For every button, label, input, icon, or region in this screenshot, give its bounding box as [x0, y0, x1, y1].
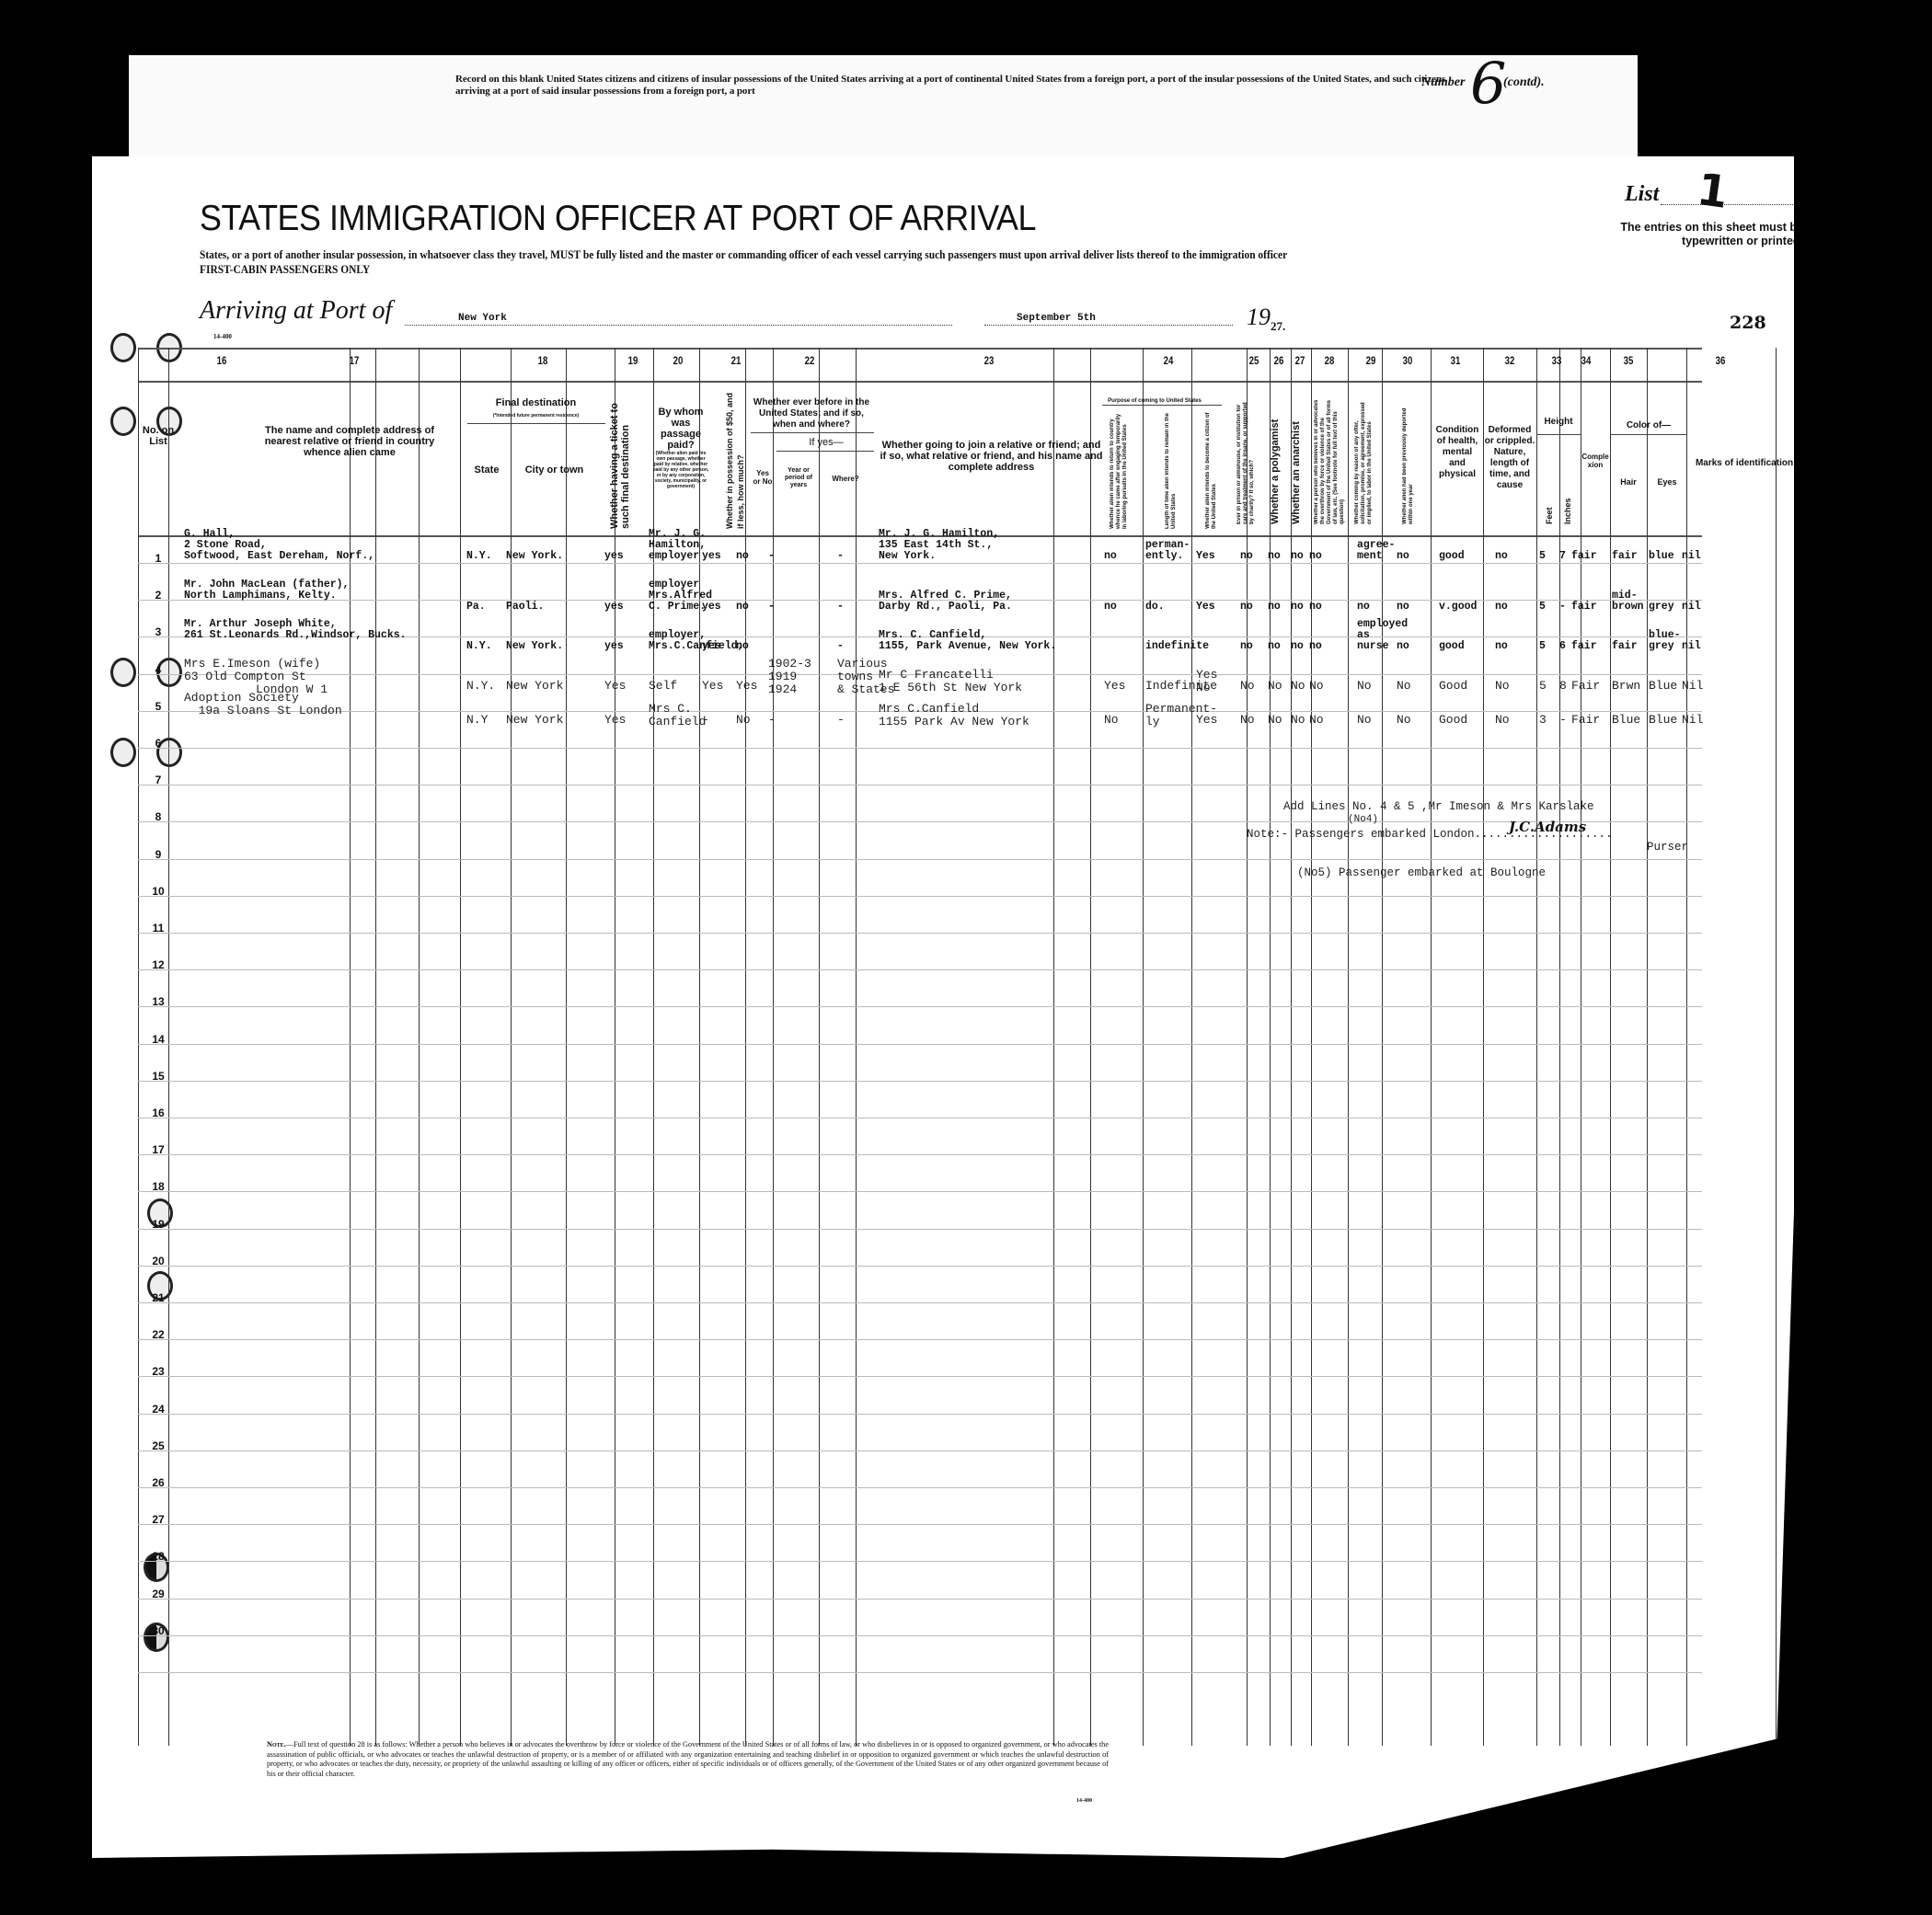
header-possession-50: Whether in possession of $50, and if les… [724, 391, 746, 529]
header-before-in-us: Whether ever before in the United States… [753, 397, 870, 430]
cell-before: no [736, 551, 749, 562]
back-sheet: Record on this blank United States citiz… [129, 55, 1638, 166]
edge-shadow [0, 1283, 15, 1311]
col-num-35: 35 [1617, 354, 1639, 367]
col-num-30: 30 [1397, 354, 1419, 367]
row-number: 22 [144, 1328, 172, 1341]
cell-has50: yes [702, 551, 721, 562]
cell-eyes: Blue [1649, 714, 1677, 727]
row-rule [138, 1487, 1702, 1488]
row-rule [138, 1006, 1702, 1007]
row-rule [138, 1191, 1702, 1192]
cell-joining: Mr C Francatelli 1 E 56th St New York [879, 669, 1022, 694]
row-rule [138, 859, 1702, 860]
column-rule [1610, 348, 1611, 1746]
column-rule [819, 348, 820, 1746]
cell-return: no [1104, 551, 1117, 562]
header-question-28: Whether a person who believes in or advo… [1314, 396, 1347, 524]
cell-deported: no [1397, 551, 1409, 562]
row-number: 29 [144, 1588, 172, 1600]
row-number: 6 [144, 737, 172, 750]
row-number: 23 [144, 1365, 172, 1378]
header-citizen: Whether alien intends to become a citize… [1205, 409, 1218, 529]
header-city: City or town [506, 464, 603, 476]
cell-feet: 5 [1539, 602, 1546, 613]
cell-where: - [837, 714, 845, 727]
row-number: 4 [144, 663, 172, 676]
cell-complexion: fair [1571, 641, 1597, 652]
row-number: 21 [144, 1291, 172, 1304]
col-num-28: 28 [1318, 354, 1340, 367]
cell-paid-by: Self [649, 680, 677, 693]
cell-complexion: fair [1571, 551, 1597, 562]
row-rule [138, 1339, 1702, 1340]
cell-where: - [837, 602, 844, 613]
cell-marks: Nil [1682, 680, 1703, 693]
cell-health: Good [1439, 714, 1467, 727]
cell-length: indefinite [1145, 641, 1209, 652]
row-rule [138, 1524, 1702, 1525]
cell-state: N.Y. [466, 551, 492, 562]
cell-state: N.Y. [466, 641, 492, 652]
cell-relative: Mr. John MacLean (father), North Lamphim… [184, 579, 349, 602]
cell-inches: - [1559, 714, 1567, 727]
cell-joining: Mrs C.Canfield 1155 Park Av New York [879, 703, 1029, 728]
row-number: 2 [144, 589, 172, 602]
cell-prison: No [1240, 680, 1255, 693]
cell-deformed: no [1495, 641, 1508, 652]
cell-length: do. [1145, 602, 1165, 613]
column-rule [1536, 348, 1537, 1746]
year-value: 1927. [1247, 304, 1285, 334]
row-number: 9 [144, 848, 172, 861]
add-lines-note: Add Lines No. 4 & 5 ,Mr Imeson & Mrs Kar… [1283, 800, 1594, 813]
cell-paid-by: Mr. J. G. Hamilton, employer [649, 529, 706, 562]
row-rule [138, 1044, 1702, 1045]
column-rule [138, 348, 139, 1746]
col-num-36: 36 [1709, 354, 1731, 367]
cell-complexion: Fair [1571, 714, 1600, 727]
manifest-sheet: STATES IMMIGRATION OFFICER AT PORT OF AR… [92, 156, 1794, 1858]
header-complexion: Complexion [1581, 453, 1610, 469]
cell-hair: Brwn [1612, 680, 1640, 693]
row-rule [138, 563, 1702, 564]
row-number: 13 [144, 995, 172, 1008]
col-num-19: 19 [622, 354, 644, 367]
header-anarchist: Whether an anarchist [1291, 405, 1302, 524]
cell-ticket: yes [604, 641, 624, 652]
cell-citizen: Yes No [1196, 669, 1217, 694]
cell-feet: 3 [1539, 714, 1547, 727]
row-rule [138, 1451, 1702, 1451]
cell-deformed: No [1495, 714, 1510, 727]
cell-marks: Nil [1682, 714, 1703, 727]
date-value: September 5th [1017, 313, 1096, 324]
footnote-question-28: Note.—Full text of question 28 is as fol… [267, 1740, 1109, 1779]
row-number: 20 [144, 1255, 172, 1267]
cell-offer: no [1357, 602, 1370, 613]
row-number: 25 [144, 1439, 172, 1452]
record-instructions: Record on this blank United States citiz… [455, 74, 1467, 97]
row-rule [138, 1266, 1702, 1267]
cell-has50: - [702, 714, 709, 727]
col-num-16: 16 [211, 354, 233, 367]
edge-shadow [0, 1619, 15, 1646]
cell-complexion: Fair [1571, 680, 1600, 693]
row-rule [138, 1414, 1702, 1415]
cell-eyes: Blue [1649, 680, 1677, 693]
cell-paid-by: employer, Mrs.C.Canfield, [649, 630, 744, 652]
cell-hair: fair [1612, 551, 1638, 562]
cell-deported: no [1397, 602, 1409, 613]
cell-state: N.Y. [466, 680, 495, 693]
cell-city: Paoli. [506, 602, 544, 613]
header-return: Whether alien intends to return to count… [1110, 409, 1130, 529]
cell-deformed: No [1495, 680, 1510, 693]
cell-polyg: no [1268, 641, 1281, 652]
cell-joining: Mrs. Alfred C. Prime, Darby Rd., Paoli, … [879, 591, 1012, 613]
col-num-18: 18 [532, 354, 554, 367]
cell-state: N.Y [466, 714, 488, 727]
port-field-line [405, 325, 952, 326]
cell-year: - [768, 602, 775, 613]
cell-return: No [1104, 714, 1119, 727]
cell-deported: No [1397, 680, 1411, 693]
cell-health: good [1439, 641, 1465, 652]
row-number: 28 [144, 1550, 172, 1563]
list-label: List [1625, 182, 1659, 207]
row-rule [138, 1081, 1702, 1082]
cell-anarch: No [1291, 714, 1305, 727]
cell-anarch: no [1291, 602, 1304, 613]
header-final-destination-note: (*Intended future permanent residence) [469, 410, 603, 421]
header-deported: Whether alien had been previously deport… [1402, 396, 1415, 524]
header-height: Height [1538, 417, 1579, 428]
header-ticket: Whether having a ticket to such final de… [609, 391, 631, 529]
header-inches: Inches [1562, 478, 1573, 524]
header-deformed: Deformed or crippled. Nature, length of … [1483, 425, 1536, 491]
column-rule [1348, 348, 1349, 1746]
cell-marks: nil [1682, 641, 1701, 652]
row-number: 19 [144, 1218, 172, 1231]
cell-offer: No [1357, 714, 1372, 727]
row-rule [138, 748, 1702, 749]
cell-c28: No [1309, 714, 1324, 727]
cell-city: New York [506, 714, 563, 727]
header-state: State [469, 464, 504, 476]
header-year: Year or period of years [780, 467, 817, 489]
cell-deported: No [1397, 714, 1411, 727]
col-num-33: 33 [1546, 354, 1568, 367]
typewritten-note: The entries on this sheet must be typewr… [1582, 221, 1803, 248]
cell-anarch: no [1291, 641, 1304, 652]
cell-prison: no [1240, 641, 1253, 652]
header-prison: Ever in prison or almshouse, or institut… [1236, 396, 1259, 524]
row-rule [138, 1154, 1702, 1155]
col-num-31: 31 [1444, 354, 1466, 367]
punch-hole-icon [110, 333, 136, 362]
purser-signature: J.C.Adams [1509, 819, 1586, 835]
header-health: Condition of health, mental and physical [1433, 425, 1481, 480]
cell-relative: G. Hall, 2 Stone Road, Softwood, East De… [184, 529, 374, 562]
row-number: 5 [144, 700, 172, 713]
column-rule [419, 348, 420, 1746]
cell-return: Yes [1104, 680, 1125, 693]
footer-form-number: 14-400 [1076, 1798, 1092, 1804]
cell-c28: No [1309, 680, 1324, 693]
column-rule [1483, 348, 1484, 1746]
header-eyes: Eyes [1649, 476, 1685, 487]
col-num-24: 24 [1157, 354, 1179, 367]
cell-prison: no [1240, 602, 1253, 613]
row-number: 10 [144, 885, 172, 898]
cell-feet: 5 [1539, 551, 1546, 562]
cell-health: v.good [1439, 602, 1477, 613]
row-rule [138, 1376, 1702, 1377]
row-number: 12 [144, 958, 172, 971]
column-rule [856, 348, 857, 1746]
cell-offer: agree- ment [1357, 540, 1395, 562]
cell-polyg: no [1268, 602, 1281, 613]
cell-prison: No [1240, 714, 1255, 727]
cell-c28: no [1309, 641, 1322, 652]
edge-shadow [0, 1210, 15, 1237]
column-rule [1776, 348, 1777, 1746]
no5-note: (No5) Passenger embarked at Boulogne [1297, 866, 1546, 879]
row-rule [138, 1599, 1702, 1600]
cell-return: no [1104, 602, 1117, 613]
col-num-21: 21 [725, 354, 747, 367]
cell-deformed: no [1495, 602, 1508, 613]
cell-has50: yes [702, 602, 721, 613]
header-final-destination: Final destination [469, 397, 603, 408]
row-rule [138, 933, 1702, 934]
header-hair: Hair [1612, 476, 1645, 487]
punch-hole-icon [110, 658, 136, 687]
cell-complexion: fair [1571, 602, 1597, 613]
page-title: STATES IMMIGRATION OFFICER AT PORT OF AR… [200, 199, 1036, 239]
cell-where: - [837, 641, 844, 652]
cell-has50: Yes [702, 680, 723, 693]
cell-eyes: grey [1649, 602, 1674, 613]
column-rule [1431, 348, 1432, 1746]
row-rule [138, 896, 1702, 897]
cell-health: Good [1439, 680, 1467, 693]
header-marks: Marks of identification [1689, 458, 1800, 469]
cell-offer: No [1357, 680, 1372, 693]
cell-deformed: no [1495, 551, 1508, 562]
row-number: 11 [144, 922, 172, 935]
header-passage-paid-note: (Whether alien paid his own passage, whe… [651, 451, 710, 489]
header-length: Length of time alien intends to remain i… [1165, 409, 1179, 529]
cell-polyg: No [1268, 714, 1282, 727]
cell-hair: fair [1612, 641, 1638, 652]
row-rule [138, 1672, 1702, 1673]
cell-citizen: Yes [1196, 714, 1217, 727]
col-num-26: 26 [1268, 354, 1290, 367]
header-color-of: Color of— [1612, 420, 1685, 431]
row-number: 7 [144, 774, 172, 786]
header-feet: Feet [1544, 487, 1555, 524]
cell-c28: no [1309, 551, 1322, 562]
purser-label: Purser [1647, 841, 1688, 854]
cell-joining: Mrs. C. Canfield, 1155, Park Avenue, New… [879, 630, 1056, 652]
no4-label: (No4) [1348, 814, 1378, 825]
cell-prison: no [1240, 551, 1253, 562]
row-rule [138, 1118, 1702, 1118]
header-passage-paid: By whom was passage paid? [653, 407, 708, 451]
cell-eyes: blue [1649, 551, 1674, 562]
column-rule [1647, 348, 1648, 1746]
cell-hair: Blue [1612, 714, 1640, 727]
cell-citizen: Yes [1196, 551, 1215, 562]
cell-paid-by: Mrs C. Canfield [649, 703, 706, 728]
cell-c28: no [1309, 602, 1322, 613]
punch-hole-icon [110, 407, 136, 436]
cell-where: - [837, 551, 844, 562]
col-num-25: 25 [1243, 354, 1265, 367]
cell-ticket: Yes [604, 680, 626, 693]
handwritten-number: 6 [1470, 55, 1506, 112]
cell-city: New York [506, 680, 563, 693]
cell-relative: Mr. Arthur Joseph White, 261 St.Leonards… [184, 619, 407, 641]
page-number: 228 [1730, 313, 1766, 333]
list-number: 1 [1694, 164, 1731, 219]
cell-inches: - [1559, 602, 1566, 613]
cell-ticket: yes [604, 551, 624, 562]
cell-city: New York. [506, 641, 563, 652]
cell-before: Yes [736, 680, 757, 693]
header-yes-no: Yes or No [753, 469, 773, 486]
col-num-32: 32 [1499, 354, 1521, 367]
col-num-22: 22 [799, 354, 821, 367]
arriving-label: Arriving at Port of [200, 296, 392, 326]
row-rule [138, 1229, 1702, 1230]
cell-joining: Mr. J. G. Hamilton, 135 East 14th St., N… [879, 529, 999, 562]
row-number: 27 [144, 1513, 172, 1526]
row-rule [138, 969, 1702, 970]
row-number: 14 [144, 1033, 172, 1046]
date-field-line [984, 325, 1233, 326]
cell-length: perman- ently. [1145, 540, 1190, 562]
column-rule [1053, 348, 1054, 1746]
cell-year: 1902-3 1919 1924 [768, 658, 811, 696]
column-rule [460, 348, 461, 1746]
cell-marks: nil [1682, 602, 1701, 613]
cell-inches: 6 [1559, 641, 1566, 652]
cell-ticket: yes [604, 602, 624, 613]
row-number: 3 [144, 625, 172, 638]
column-rule [1191, 348, 1192, 1746]
header-relative: The name and complete address of nearest… [248, 425, 451, 458]
col-num-29: 29 [1360, 354, 1382, 367]
cell-state: Pa. [466, 602, 486, 613]
col-num-20: 20 [667, 354, 689, 367]
cell-city: New York. [506, 551, 563, 562]
column-rule [566, 348, 567, 1746]
header-if-yes: If yes— [780, 437, 872, 448]
cell-ticket: Yes [604, 714, 626, 727]
cell-hair: mid- brown [1612, 591, 1644, 613]
subtitle: States, or a port of another insular pos… [200, 247, 1431, 277]
column-rule [375, 348, 376, 1746]
row-number: 16 [144, 1107, 172, 1119]
header-offer: Whether coming by reason of any offer, s… [1354, 396, 1382, 524]
column-rule [1143, 348, 1144, 1746]
cell-year: - [768, 551, 775, 562]
row-rule [138, 1302, 1702, 1303]
header-joining: Whether going to join a relative or frie… [879, 440, 1104, 473]
row-number: 18 [144, 1180, 172, 1193]
cell-inches: 8 [1559, 680, 1567, 693]
header-where: Where? [821, 474, 870, 485]
row-rule [138, 821, 1702, 822]
cell-before: no [736, 641, 749, 652]
cell-before: No [736, 714, 751, 727]
cell-has50: yes [702, 641, 721, 652]
column-rule [1090, 348, 1091, 1746]
port-value: New York [458, 313, 507, 324]
cell-anarch: no [1291, 551, 1304, 562]
cell-feet: 5 [1539, 641, 1546, 652]
cell-citizen: Yes [1196, 602, 1215, 613]
cell-deported: no [1397, 641, 1409, 652]
cell-feet: 5 [1539, 680, 1547, 693]
cell-before: no [736, 602, 749, 613]
edge-shadow [0, 1545, 15, 1573]
row-rule [138, 785, 1702, 785]
col-num-17: 17 [343, 354, 365, 367]
col-num-23: 23 [978, 354, 1000, 367]
list-field-line [1661, 204, 1799, 205]
row-number: 17 [144, 1143, 172, 1156]
header-polygamist: Whether a polygamist [1270, 405, 1281, 524]
cell-anarch: No [1291, 680, 1305, 693]
punch-hole-icon [110, 738, 136, 767]
cell-polyg: no [1268, 551, 1281, 562]
row-number: 15 [144, 1070, 172, 1083]
cell-relative: Adoption Society 19a Sloans St London [184, 692, 342, 717]
row-number: 1 [144, 552, 172, 565]
row-number: 26 [144, 1476, 172, 1489]
form-number: 14-400 [213, 333, 232, 340]
row-rule [138, 1561, 1702, 1562]
cell-eyes: blue- grey [1649, 630, 1681, 652]
row-number: 8 [144, 810, 172, 823]
cell-year: - [768, 714, 776, 727]
col-num-34: 34 [1575, 354, 1597, 367]
row-number: 30 [144, 1624, 172, 1637]
cell-health: good [1439, 551, 1465, 562]
row-rule [138, 1635, 1702, 1636]
cell-inches: 7 [1559, 551, 1566, 562]
col-num-27: 27 [1289, 354, 1311, 367]
row-number: 24 [144, 1403, 172, 1416]
header-no-on-list: No. on List [140, 425, 177, 447]
cell-polyg: No [1268, 680, 1282, 693]
cell-marks: nil [1682, 551, 1701, 562]
